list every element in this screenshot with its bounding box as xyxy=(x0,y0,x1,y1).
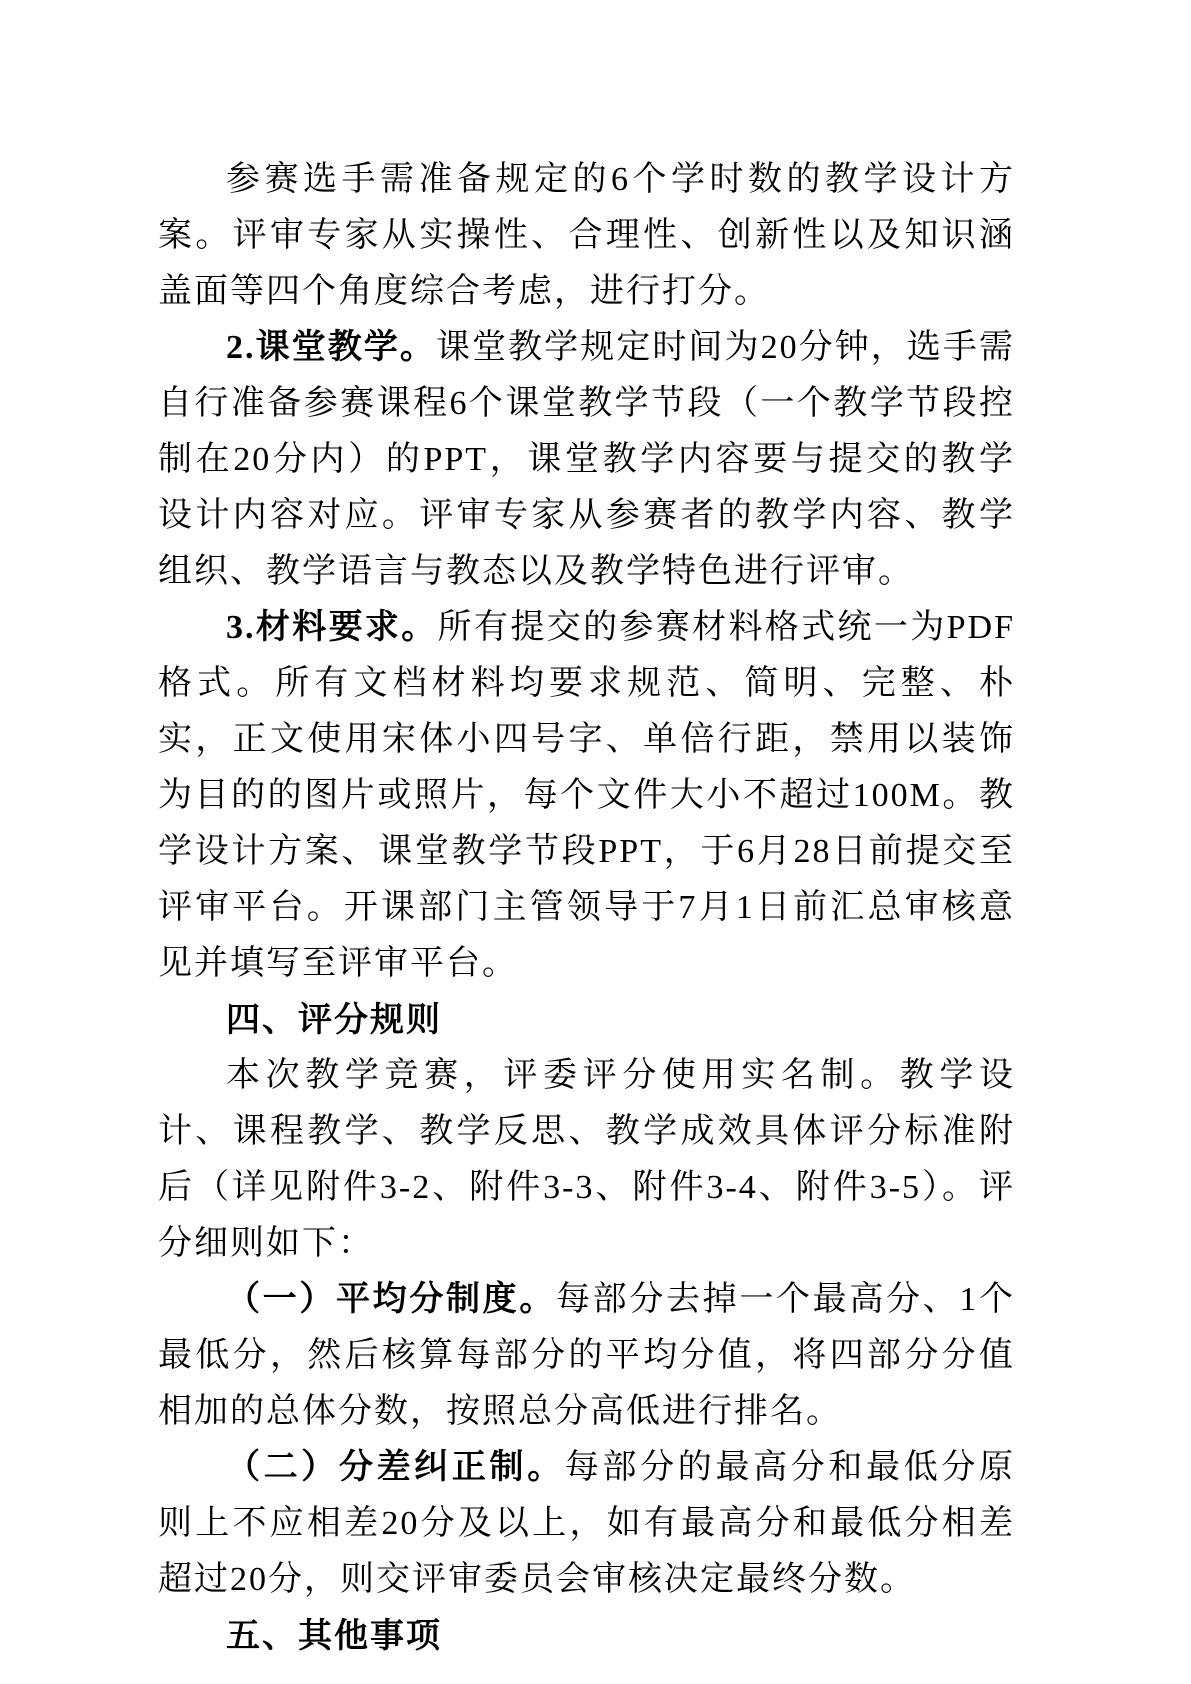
paragraph-text: 所有提交的参赛材料格式统一为PDF格式。所有文档材料均要求规范、简明、完整、朴实… xyxy=(158,609,1015,982)
paragraph-scoring-overview: 本次教学竞赛，评委评分使用实名制。教学设计、课程教学、教学反思、教学成效具体评分… xyxy=(158,1048,1015,1272)
paragraph-text: 本次教学竞赛，评委评分使用实名制。教学设计、课程教学、教学反思、教学成效具体评分… xyxy=(158,1057,1015,1262)
run-in-heading-score-gap-correction: （二）分差纠正制。 xyxy=(226,1449,565,1486)
paragraph-material-requirements: 3.材料要求。所有提交的参赛材料格式统一为PDF格式。所有文档材料均要求规范、简… xyxy=(158,600,1015,992)
run-in-heading-classroom-teaching: 2.课堂教学。 xyxy=(226,329,436,366)
paragraph-classroom-teaching: 2.课堂教学。课堂教学规定时间为20分钟，选手需自行准备参赛课程6个课堂教学节段… xyxy=(158,320,1015,600)
document-page: 参赛选手需准备规定的6个学时数的教学设计方案。评审专家从实操性、合理性、创新性以… xyxy=(0,0,1191,1684)
paragraph-teaching-design-scoring: 参赛选手需准备规定的6个学时数的教学设计方案。评审专家从实操性、合理性、创新性以… xyxy=(158,152,1015,320)
run-in-heading-average-score-system: （一）平均分制度。 xyxy=(226,1281,556,1318)
run-in-heading-material-requirements: 3.材料要求。 xyxy=(226,609,438,646)
paragraph-score-gap-correction: （二）分差纠正制。每部分的最高分和最低分原则上不应相差20分及以上，如有最高分和… xyxy=(158,1440,1015,1608)
paragraph-text: 参赛选手需准备规定的6个学时数的教学设计方案。评审专家从实操性、合理性、创新性以… xyxy=(158,161,1015,310)
section-heading-scoring-rules: 四、评分规则 xyxy=(158,992,1015,1048)
paragraph-average-score-system: （一）平均分制度。每部分去掉一个最高分、1个最低分，然后核算每部分的平均分值，将… xyxy=(158,1272,1015,1440)
paragraph-text: 课堂教学规定时间为20分钟，选手需自行准备参赛课程6个课堂教学节段（一个教学节段… xyxy=(158,329,1015,590)
section-heading-other-matters: 五、其他事项 xyxy=(158,1608,1015,1664)
